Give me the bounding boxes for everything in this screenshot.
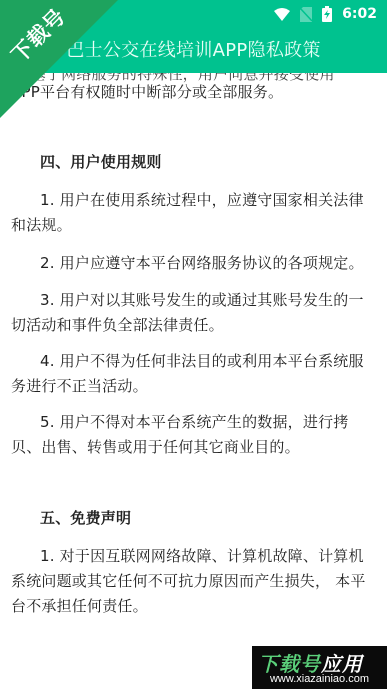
no-sim-icon — [300, 7, 312, 22]
rule-item-3: 3. 用户对以其账号发生的或通过其账号发生的一切活动和事件负全部法律责任。 — [11, 288, 375, 338]
rule-item-5: 5. 用户不得对本平台系统产生的数据，进行拷贝、出售、转售或用于任何其它商业目的… — [11, 410, 375, 460]
rule-item-text: 2. 用户应遵守本平台网络服务协议的各项规定。 — [40, 254, 364, 272]
wifi-icon — [274, 8, 290, 21]
section-heading-text: 四、用户使用规则 — [40, 153, 162, 171]
watermark-url: www.xiazainiao.com — [252, 673, 387, 685]
partial-paragraph: APP平台有权随时中断部分或全部服务。 — [11, 80, 375, 105]
rule-item-text: 4. 用户不得为任何非法目的或利用本平台系统服务进行不正当活动。 — [11, 352, 364, 395]
site-watermark: 下载号应用 www.xiazainiao.com — [252, 646, 387, 689]
status-bar: 6:02 — [274, 3, 377, 25]
rule-item-text: 3. 用户对以其账号发生的或通过其账号发生的一切活动和事件负全部法律责任。 — [11, 291, 364, 334]
clock: 6:02 — [342, 6, 377, 22]
app-header: 6:02 巴士公交在线培训APP隐私政策 — [0, 0, 387, 73]
disclaimer-item-text: 1. 对于因互联网网络故障、计算机故障、计算机系统问题或其它任何不可抗力原因而产… — [11, 547, 366, 615]
page-title: 巴士公交在线培训APP隐私政策 — [0, 36, 387, 62]
rule-item-text: 1. 用户在使用系统过程中，应遵守国家相关法律和法规。 — [11, 191, 364, 234]
battery-charging-icon — [322, 6, 332, 22]
rule-item-1: 1. 用户在使用系统过程中，应遵守国家相关法律和法规。 — [11, 188, 375, 238]
section-heading-user-rules: 四、用户使用规则 — [11, 150, 375, 175]
section-heading-disclaimer: 五、免费声明 — [11, 506, 375, 531]
rule-item-text: 5. 用户不得对本平台系统产生的数据，进行拷贝、出售、转售或用于任何其它商业目的… — [11, 413, 348, 456]
rule-item-2: 2. 用户应遵守本平台网络服务协议的各项规定。 — [11, 251, 375, 276]
section-heading-text: 五、免费声明 — [40, 509, 131, 527]
rule-item-4: 4. 用户不得为任何非法目的或利用本平台系统服务进行不正当活动。 — [11, 349, 375, 399]
disclaimer-item-1: 1. 对于因互联网网络故障、计算机故障、计算机系统问题或其它任何不可抗力原因而产… — [11, 544, 375, 619]
